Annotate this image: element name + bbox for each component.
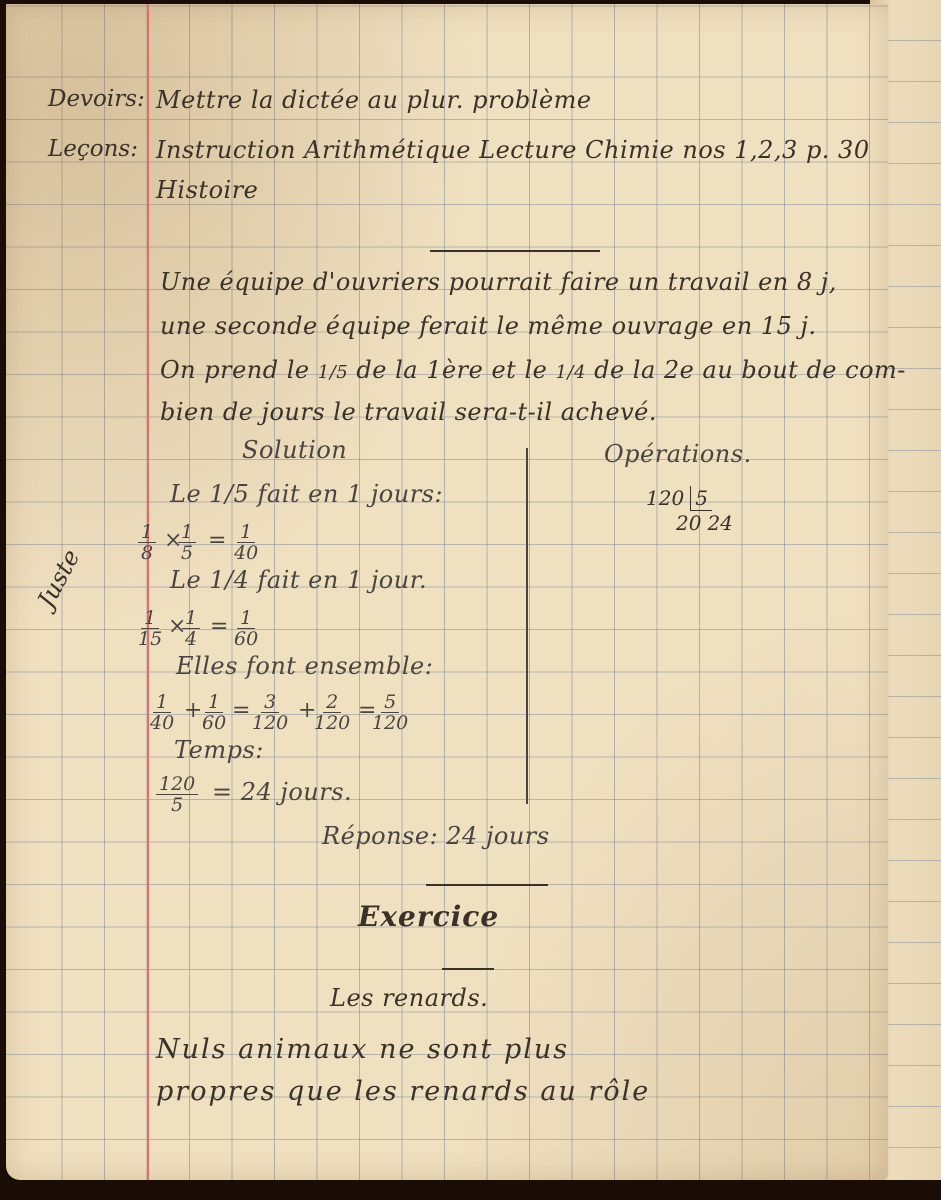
temps-result: = 24 jours. (212, 778, 352, 806)
exercise-line-2: propres que les renards au rôle (156, 1076, 650, 1107)
fraction-1-8: 18 (138, 522, 156, 563)
solution-step-2-label: Le 1/4 fait en 1 jour. (170, 566, 427, 594)
lecons-label: Leçons: (48, 136, 138, 162)
fraction-1-40: 140 (234, 522, 258, 563)
problem-line-3-b: de la 1ère et le (356, 356, 547, 384)
partial-remainder: 20 (676, 511, 701, 535)
problem-line-2: une seconde équipe ferait le même ouvrag… (160, 312, 817, 340)
fraction-1-60: 160 (202, 692, 226, 733)
problem-line-4: bien de jours le travail sera-t-il achev… (160, 398, 657, 426)
dividend: 120 (646, 486, 684, 511)
problem-line-1: Une équipe d'ouvriers pourrait faire un … (160, 268, 837, 296)
lecons-text-continued: Histoire (156, 176, 258, 204)
fraction-120-5: 1205 (156, 774, 198, 815)
equals-sign: = (210, 614, 228, 639)
fraction-1-5: 15 (178, 522, 196, 563)
teacher-grade: Juste (32, 545, 85, 612)
lecons-text: Instruction Arithmétique Lecture Chimie … (156, 136, 870, 164)
problem-line-3: On prend le 1/5 de la 1ère et le 1/4 de … (160, 356, 906, 384)
devoirs-text: Mettre la dictée au plur. problème (156, 86, 592, 114)
solution-step-3-label: Elles font ensemble: (176, 652, 433, 680)
long-division: 120 5 20 24 (646, 486, 733, 535)
fraction-one-quarter: 1/4 (555, 362, 585, 383)
problem-line-3-c: de la 2e au bout de com- (594, 356, 906, 384)
temps-label: Temps: (174, 736, 264, 764)
operations-heading: Opérations. (604, 440, 752, 468)
fraction-1-15: 115 (138, 608, 162, 649)
equals-sign: = (208, 528, 226, 553)
section-divider (430, 250, 600, 252)
answer: Réponse: 24 jours (322, 822, 550, 850)
notebook-page: Devoirs: Mettre la dictée au plur. probl… (6, 4, 888, 1180)
fraction-2-120: 2120 (314, 692, 350, 733)
column-divider (526, 448, 528, 804)
fraction-3-120: 3120 (252, 692, 288, 733)
fraction-5-120: 5120 (372, 692, 408, 733)
solution-step-1-label: Le 1/5 fait en 1 jours: (170, 480, 443, 508)
problem-line-3-a: On prend le (160, 356, 310, 384)
exercise-divider (426, 884, 548, 886)
operator: + (184, 698, 202, 723)
equals-sign: = (232, 698, 250, 723)
quotient: 24 (707, 511, 732, 535)
fraction-one-fifth: 1/5 (318, 362, 348, 383)
exercise-heading: Exercice (358, 900, 499, 933)
exercise-line-1: Nuls animaux ne sont plus (156, 1034, 569, 1065)
fraction-1-60: 160 (234, 608, 258, 649)
subtitle-divider (442, 968, 494, 970)
margin-line (147, 4, 149, 1180)
fraction-1-40: 140 (150, 692, 174, 733)
devoirs-label: Devoirs: (48, 86, 145, 112)
exercise-subtitle: Les renards. (330, 984, 488, 1012)
fraction-1-4: 14 (182, 608, 200, 649)
solution-heading: Solution (242, 436, 347, 464)
divisor: 5 (690, 486, 712, 511)
